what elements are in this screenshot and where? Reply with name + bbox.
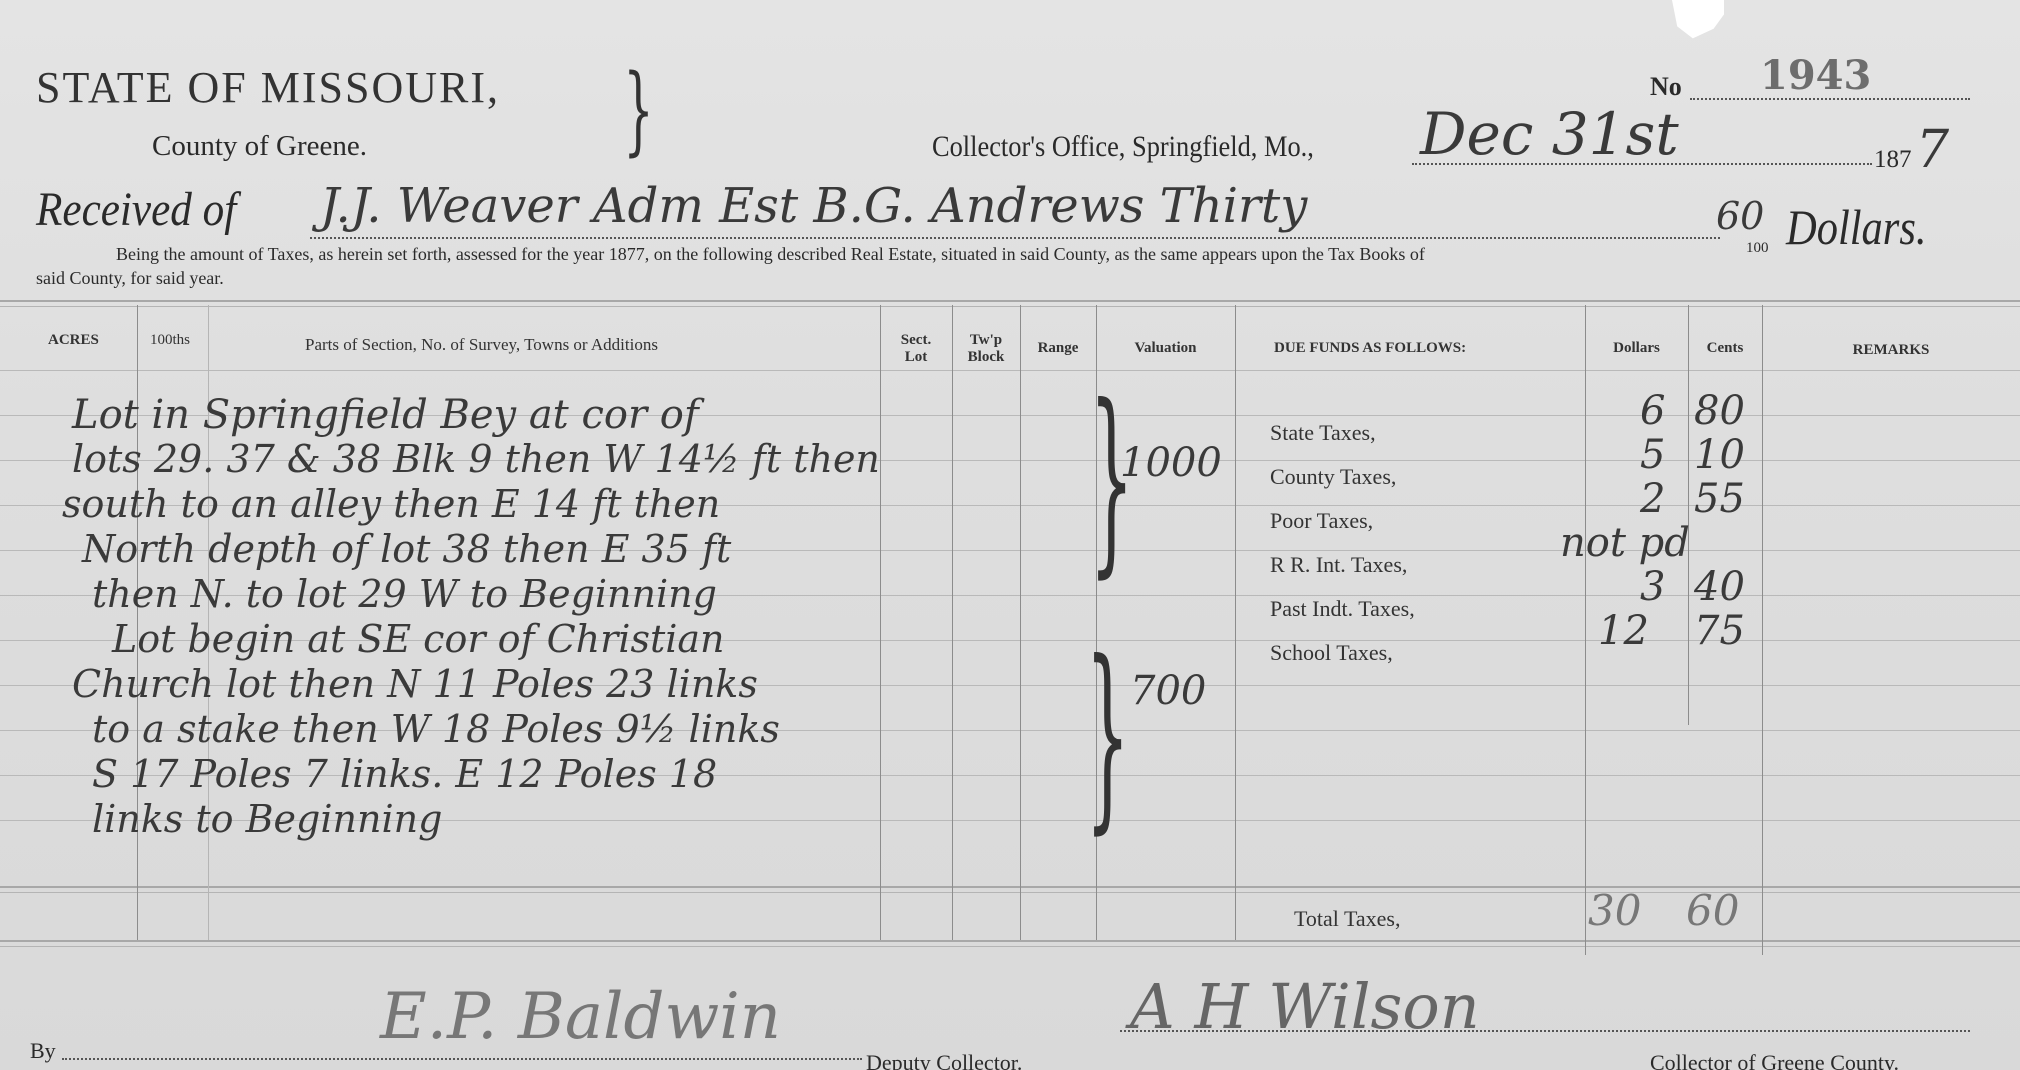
col-hundredths: 100ths [150, 332, 190, 349]
col-parts: Parts of Section, No. of Survey, Towns o… [305, 336, 658, 353]
col-due-funds: DUE FUNDS AS FOLLOWS: [1274, 340, 1466, 357]
col-range: Range [1020, 340, 1096, 357]
fund-cents-past-indt: 40 [1694, 564, 1745, 610]
county-title: County of Greene. [152, 130, 367, 163]
description-line: Church lot then N 11 Poles 23 links [72, 662, 758, 706]
total-cents: 60 [1686, 886, 1739, 935]
brace-lot-2: } [1085, 616, 1130, 856]
fund-dollars-poor: 2 [1640, 476, 1665, 522]
year-handwritten: 7 [1916, 120, 1949, 180]
collector-label: Collector of Greene County. [1650, 1050, 1899, 1070]
fund-label-past-indt: Past Indt. Taxes, [1270, 596, 1415, 622]
fund-dollars-school: 12 [1598, 608, 1649, 654]
fund-label-school: School Taxes, [1270, 640, 1393, 666]
state-title: STATE OF MISSOURI, [36, 62, 500, 113]
fund-cents-county: 10 [1694, 432, 1745, 478]
fund-label-county: County Taxes, [1270, 464, 1396, 490]
valuation-lot-2: 700 [1130, 668, 1206, 714]
fund-dollars-state: 6 [1640, 388, 1665, 434]
col-cents: Cents [1688, 340, 1762, 357]
fund-label-state: State Taxes, [1270, 420, 1376, 446]
description-line: links to Beginning [92, 797, 442, 841]
header-brace: } [623, 60, 654, 160]
description-line: lots 29. 37 & 38 Blk 9 then W 14½ ft the… [72, 437, 880, 481]
description-line: Lot in Springfield Bey at cor of [72, 392, 699, 438]
col-sect-lot: Sect. Lot [880, 332, 952, 366]
total-dollars: 30 [1588, 886, 1641, 935]
receipt-number: 1943 [1760, 52, 1871, 99]
col-valuation: Valuation [1096, 340, 1235, 357]
deputy-signature: E.P. Baldwin [380, 980, 781, 1054]
description-line: Lot begin at SE cor of Christian [112, 617, 725, 661]
fund-dollars-county: 5 [1640, 432, 1665, 478]
description-line: to a stake then W 18 Poles 9½ links [92, 707, 780, 751]
total-label: Total Taxes, [1294, 906, 1401, 932]
fund-cents-school: 75 [1694, 608, 1745, 654]
collector-signature: A H Wilson [1130, 970, 1480, 1043]
table-top-rule [0, 300, 2020, 307]
description-line: south to an alley then E 14 ft then [62, 482, 720, 526]
fund-cents-state: 80 [1694, 388, 1745, 434]
description-line: North depth of lot 38 then E 35 ft [82, 527, 731, 571]
fund-dollars-past-indt: 3 [1640, 564, 1665, 610]
handwritten-payer: J.J. Weaver Adm Est B.G. Andrews Thirty [320, 178, 1307, 234]
description-line: then N. to lot 29 W to Beginning [92, 572, 717, 616]
fund-label-rr-int: R R. Int. Taxes, [1270, 552, 1407, 578]
description-line: S 17 Poles 7 links. E 12 Poles 18 [92, 752, 717, 796]
by-label: By [30, 1038, 56, 1064]
valuation-lot-1: 1000 [1120, 440, 1222, 486]
col-dollars: Dollars [1585, 340, 1688, 357]
collector-office: Collector's Office, Springfield, Mo., [932, 130, 1314, 164]
being-text-line1: Being the amount of Taxes, as herein set… [116, 244, 1425, 265]
tax-receipt-document: STATE OF MISSOURI, } County of Greene. N… [0, 0, 2020, 1070]
fund-note-rr-int: not pd [1560, 520, 1690, 566]
dollars-label: Dollars. [1786, 198, 1927, 256]
deputy-label: Deputy Collector. [866, 1050, 1022, 1070]
fraction-denominator: 100 [1746, 240, 1769, 257]
col-acres: ACRES [48, 332, 99, 349]
being-text-line2: said County, for said year. [36, 268, 224, 289]
number-label: No [1650, 72, 1682, 102]
received-label: Received of [36, 182, 236, 237]
handwritten-cents: 60 [1716, 194, 1764, 238]
col-twp-block: Tw'p Block [952, 332, 1020, 366]
handwritten-date: Dec 31st [1420, 100, 1679, 168]
col-remarks: REMARKS [1762, 342, 2020, 359]
year-printed: 187 [1874, 146, 1912, 174]
fund-cents-poor: 55 [1694, 476, 1745, 522]
torn-corner [1672, 0, 1724, 48]
fund-label-poor: Poor Taxes, [1270, 508, 1373, 534]
